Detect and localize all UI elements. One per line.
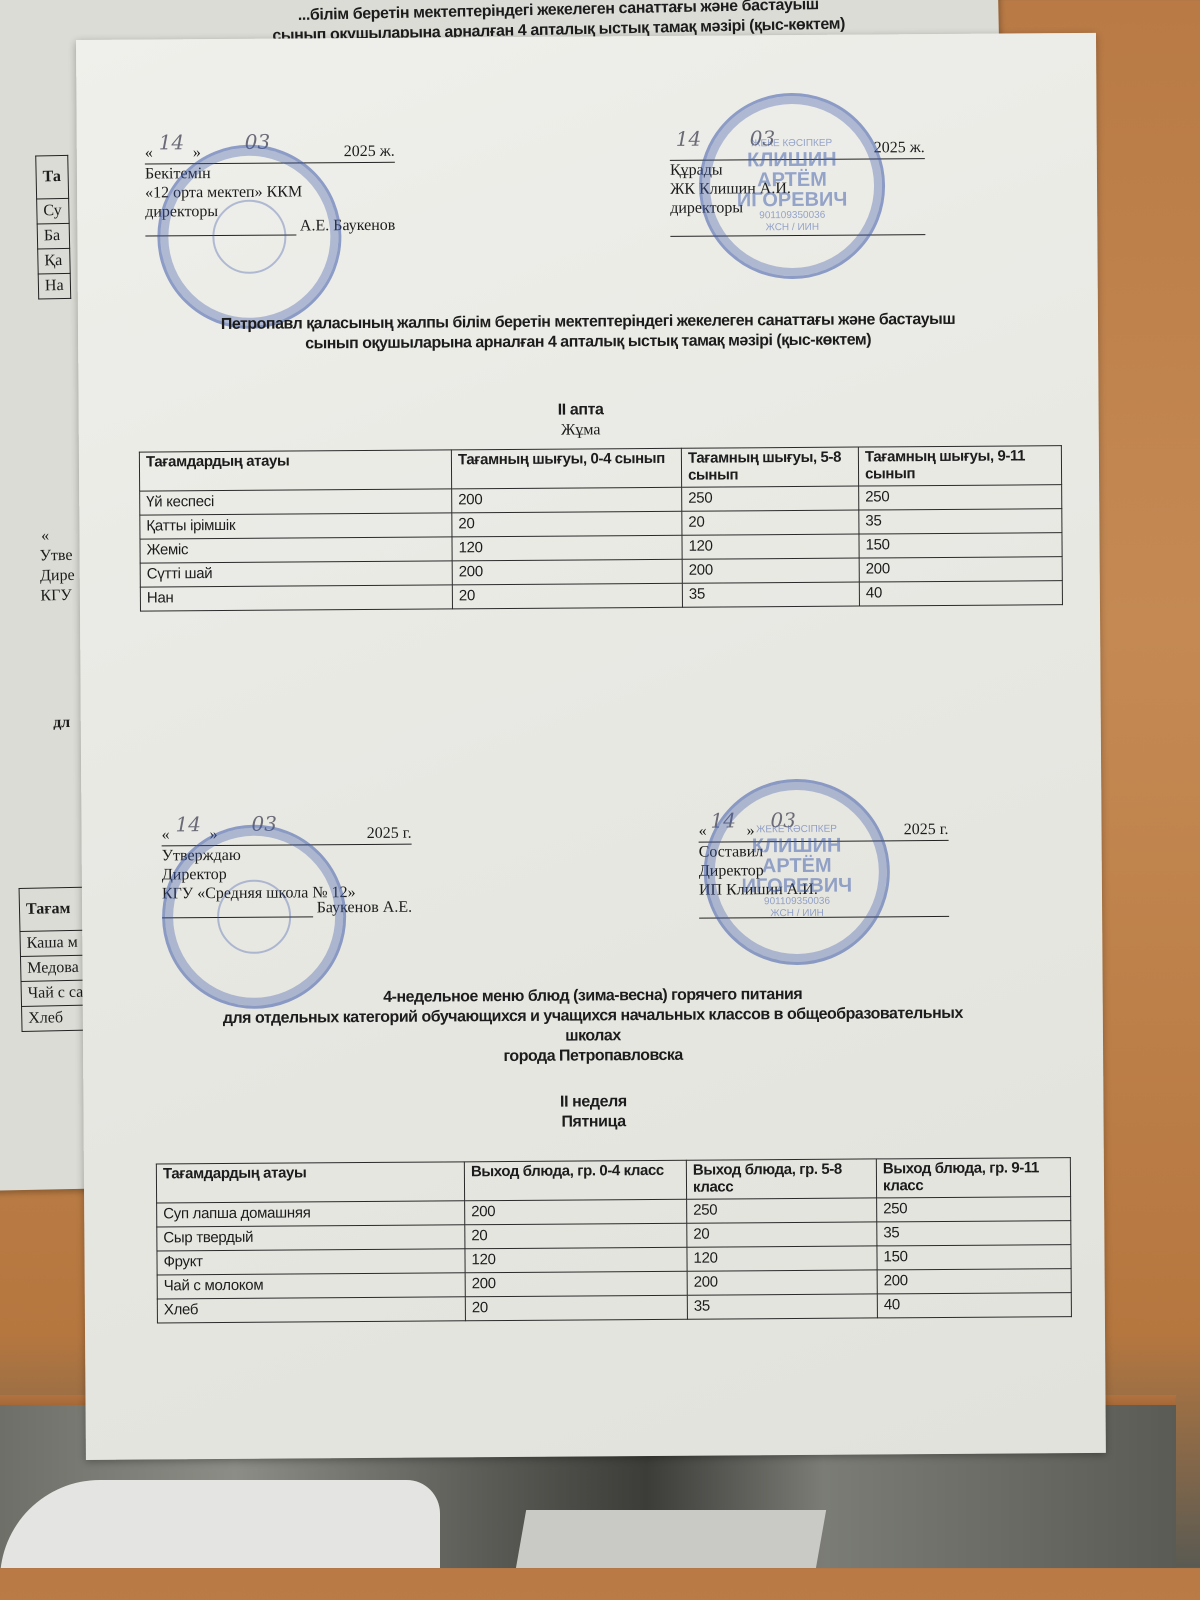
back-table-top: Та Су Ба Қа На — [35, 155, 71, 300]
portion-cell: 35 — [859, 509, 1062, 534]
back-cell: Чай с са — [21, 980, 90, 1006]
portion-cell: 20 — [465, 1223, 687, 1249]
portion-cell: 200 — [687, 1270, 877, 1295]
table-row: Нан203540 — [140, 581, 1062, 611]
portion-cell: 200 — [452, 559, 682, 585]
back-frag: « — [41, 527, 49, 545]
cloth-background — [0, 1480, 440, 1568]
portion-cell: 120 — [452, 535, 682, 561]
composed-label: Составил — [699, 841, 949, 862]
year: 2025 г. — [367, 824, 412, 843]
dish-name-cell: Чай с молоком — [157, 1273, 465, 1299]
quote-close: » — [746, 822, 754, 839]
column-header: Тағамның шығуы, 9-11 сынып — [858, 446, 1061, 486]
kz-composed-block: 2025 ж. 14 03 Құрады ЖК Клишин А.И. дире… — [670, 138, 926, 237]
back-cell: Та — [36, 155, 69, 199]
portion-cell: 250 — [859, 485, 1062, 510]
portion-cell: 250 — [687, 1198, 877, 1223]
signer-name: Баукенов А.Е. — [317, 898, 413, 918]
entrepreneur-name: ЖК Клишин А.И. — [670, 178, 925, 199]
back-frag: Дире — [40, 567, 75, 586]
back-table-bottom: Тағам Каша м Медова Чай с са Хлеб — [19, 887, 92, 1032]
school-name: «12 орта мектеп» ККМ — [145, 182, 395, 203]
portion-cell: 120 — [687, 1246, 877, 1271]
portion-cell: 200 — [859, 557, 1062, 582]
kz-approve-block: «» 2025 ж. 14 03 Бекітемін «12 орта мект… — [145, 142, 396, 237]
dish-name-cell: Сыр твердый — [157, 1225, 465, 1251]
dish-name-cell: Сүтті шай — [140, 561, 452, 587]
portion-cell: 20 — [682, 510, 859, 535]
column-header: Выход блюда, гр. 9-11 класс — [876, 1158, 1070, 1198]
portion-cell: 35 — [682, 582, 859, 607]
dish-name-cell: Үй кеспесі — [140, 489, 452, 515]
column-header: Тағамдардың атауы — [156, 1162, 464, 1203]
back-cell: Ба — [37, 223, 69, 249]
portion-cell: 40 — [877, 1293, 1071, 1318]
portion-cell: 120 — [682, 534, 859, 559]
date-line: 2025 ж. — [670, 138, 925, 161]
back-cell: Қа — [38, 248, 70, 274]
back-cell: Медова — [20, 955, 89, 981]
column-header: Выход блюда, гр. 0-4 класс — [464, 1160, 686, 1201]
portion-cell: 150 — [859, 533, 1062, 558]
handwritten-month: 03 — [251, 815, 277, 834]
kz-menu-table: Тағамдардың атауыТағамның шығуы, 0-4 сын… — [139, 445, 1063, 611]
role: Директор — [699, 860, 949, 881]
table-header-row: Тағамдардың атауыВыход блюда, гр. 0-4 кл… — [156, 1158, 1070, 1203]
handwritten-month: 03 — [750, 129, 776, 148]
quote-open: « — [161, 826, 169, 843]
date-line: «» 2025 г. — [698, 820, 948, 843]
cloth-background-2 — [514, 1510, 826, 1568]
portion-cell: 35 — [687, 1294, 877, 1319]
quote-open: « — [145, 144, 153, 161]
approve-label: Утверждаю — [162, 845, 412, 866]
handwritten-day: 14 — [710, 811, 736, 830]
portion-cell: 20 — [465, 1295, 687, 1321]
portion-cell: 150 — [877, 1245, 1071, 1270]
year: 2025 ж. — [344, 142, 395, 161]
handwritten-month: 03 — [245, 133, 271, 152]
dish-name-cell: Суп лапша домашняя — [157, 1201, 465, 1227]
back-cell: Тағам — [19, 887, 88, 931]
signer-name: А.Е. Баукенов — [300, 216, 396, 236]
portion-cell: 20 — [452, 511, 682, 537]
signature-line — [699, 902, 949, 919]
handwritten-day: 14 — [159, 133, 185, 152]
menu-document: «» 2025 ж. 14 03 Бекітемін «12 орта мект… — [76, 33, 1106, 1460]
handwritten-day: 14 — [175, 815, 201, 834]
dish-name-cell: Хлеб — [157, 1297, 465, 1323]
approve-label: Бекітемін — [145, 163, 395, 184]
portion-cell: 35 — [877, 1221, 1071, 1246]
dish-name-cell: Қатты ірімшік — [140, 513, 452, 539]
portion-cell: 40 — [859, 581, 1062, 606]
column-header: Выход блюда, гр. 5-8 класс — [686, 1159, 876, 1199]
year: 2025 ж. — [874, 138, 925, 157]
back-frag: КГУ — [40, 587, 72, 606]
ru-menu-table: Тағамдардың атауыВыход блюда, гр. 0-4 кл… — [156, 1157, 1072, 1323]
table-row: Хлеб203540 — [157, 1293, 1071, 1323]
back-cell: Хлеб — [22, 1005, 91, 1031]
back-frag: дл — [53, 714, 70, 732]
back-cell: Су — [37, 198, 69, 224]
entrepreneur-name: ИП Клишин А.И. — [699, 879, 949, 900]
role: Директор — [162, 864, 412, 885]
portion-cell: 120 — [465, 1247, 687, 1273]
portion-cell: 20 — [687, 1222, 877, 1247]
quote-close: » — [193, 144, 201, 161]
portion-cell: 200 — [465, 1271, 687, 1297]
dish-name-cell: Фрукт — [157, 1249, 465, 1275]
ru-composed-block: «» 2025 г. 14 03 Составил Директор ИП Кл… — [698, 820, 949, 919]
quote-open: « — [698, 823, 706, 840]
role: директоры — [670, 197, 925, 218]
table-header-row: Тағамдардың атауыТағамның шығуы, 0-4 сын… — [139, 446, 1061, 491]
portion-cell: 20 — [452, 583, 682, 609]
handwritten-month: 03 — [770, 811, 796, 830]
signature-line — [162, 902, 313, 918]
back-frag: Утве — [39, 547, 72, 566]
dish-name-cell: Нан — [140, 585, 452, 611]
ru-approve-block: «» 2025 г. 14 03 Утверждаю Директор КГУ … — [161, 824, 412, 919]
portion-cell: 250 — [877, 1197, 1071, 1222]
dish-name-cell: Жеміс — [140, 537, 452, 563]
signature-line — [145, 220, 296, 236]
year: 2025 г. — [904, 820, 949, 839]
portion-cell: 200 — [682, 558, 859, 583]
signature-line — [670, 220, 925, 237]
column-header: Тағамдардың атауы — [139, 450, 451, 491]
handwritten-day: 14 — [676, 130, 702, 149]
portion-cell: 200 — [452, 487, 682, 513]
column-header: Тағамның шығуы, 5-8 сынып — [681, 447, 858, 487]
portion-cell: 200 — [465, 1199, 687, 1225]
composed-label: Құрады — [670, 159, 925, 180]
portion-cell: 200 — [877, 1269, 1071, 1294]
back-cell: Каша м — [20, 930, 89, 956]
quote-close: » — [209, 826, 217, 843]
column-header: Тағамның шығуы, 0-4 сынып — [451, 448, 681, 489]
back-cell: На — [38, 273, 70, 299]
portion-cell: 250 — [682, 486, 859, 511]
